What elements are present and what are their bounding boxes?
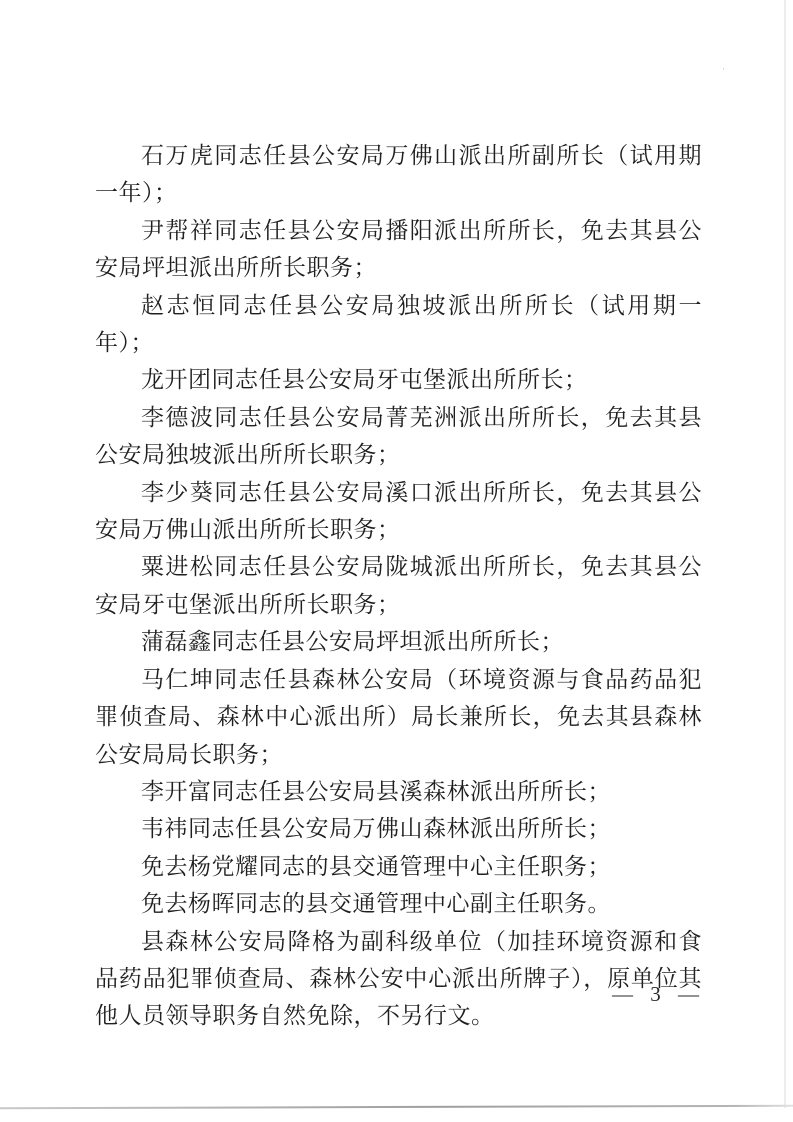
paragraph: 赵志恒同志任县公安局独坡派出所所长（试用期一年）； [95, 287, 702, 362]
paragraph: 韦祎同志任县公安局万佛山森林派出所所长； [95, 810, 702, 847]
paragraph: 石万虎同志任县公安局万佛山派出所副所长（试用期一年）； [95, 137, 702, 212]
paragraph: 免去杨党耀同志的县交通管理中心主任职务； [95, 848, 702, 885]
scan-edge-right [784, 0, 786, 1108]
paragraph: 蒲磊鑫同志任县公安局坪坦派出所所长； [95, 623, 702, 660]
document-page: 石万虎同志任县公安局万佛山派出所副所长（试用期一年）； 尹帮祥同志任县公安局播阳… [0, 0, 793, 1122]
paragraph: 粟进松同志任县公安局陇城派出所所长，免去其县公安局牙屯堡派出所所长职务； [95, 548, 702, 623]
document-body: 石万虎同志任县公安局万佛山派出所副所长（试用期一年）； 尹帮祥同志任县公安局播阳… [95, 137, 702, 1035]
paragraph: 尹帮祥同志任县公安局播阳派出所所长，免去其县公安局坪坦派出所所长职务； [95, 212, 702, 287]
paragraph: 马仁坤同志任县森林公安局（环境资源与食品药品犯罪侦查局、森林中心派出所）局长兼所… [95, 661, 702, 773]
paragraph: 李开富同志任县公安局县溪森林派出所所长； [95, 773, 702, 810]
page-number: — 3 — [612, 982, 705, 1007]
paragraph: 李德波同志任县公安局菁芜洲派出所所长，免去其县公安局独坡派出所所长职务； [95, 399, 702, 474]
paragraph: 免去杨晖同志的县交通管理中心副主任职务。 [95, 885, 702, 922]
scan-speck-artifact: · [722, 66, 728, 72]
paragraph: 龙开团同志任县公安局牙屯堡派出所所长； [95, 361, 702, 398]
paragraph: 县森林公安局降格为副科级单位（加挂环境资源和食品药品犯罪侦查局、森林公安中心派出… [95, 923, 702, 1035]
paragraph: 李少葵同志任县公安局溪口派出所所长，免去其县公安局万佛山派出所所长职务； [95, 474, 702, 549]
scan-edge-bottom [0, 1105, 793, 1110]
